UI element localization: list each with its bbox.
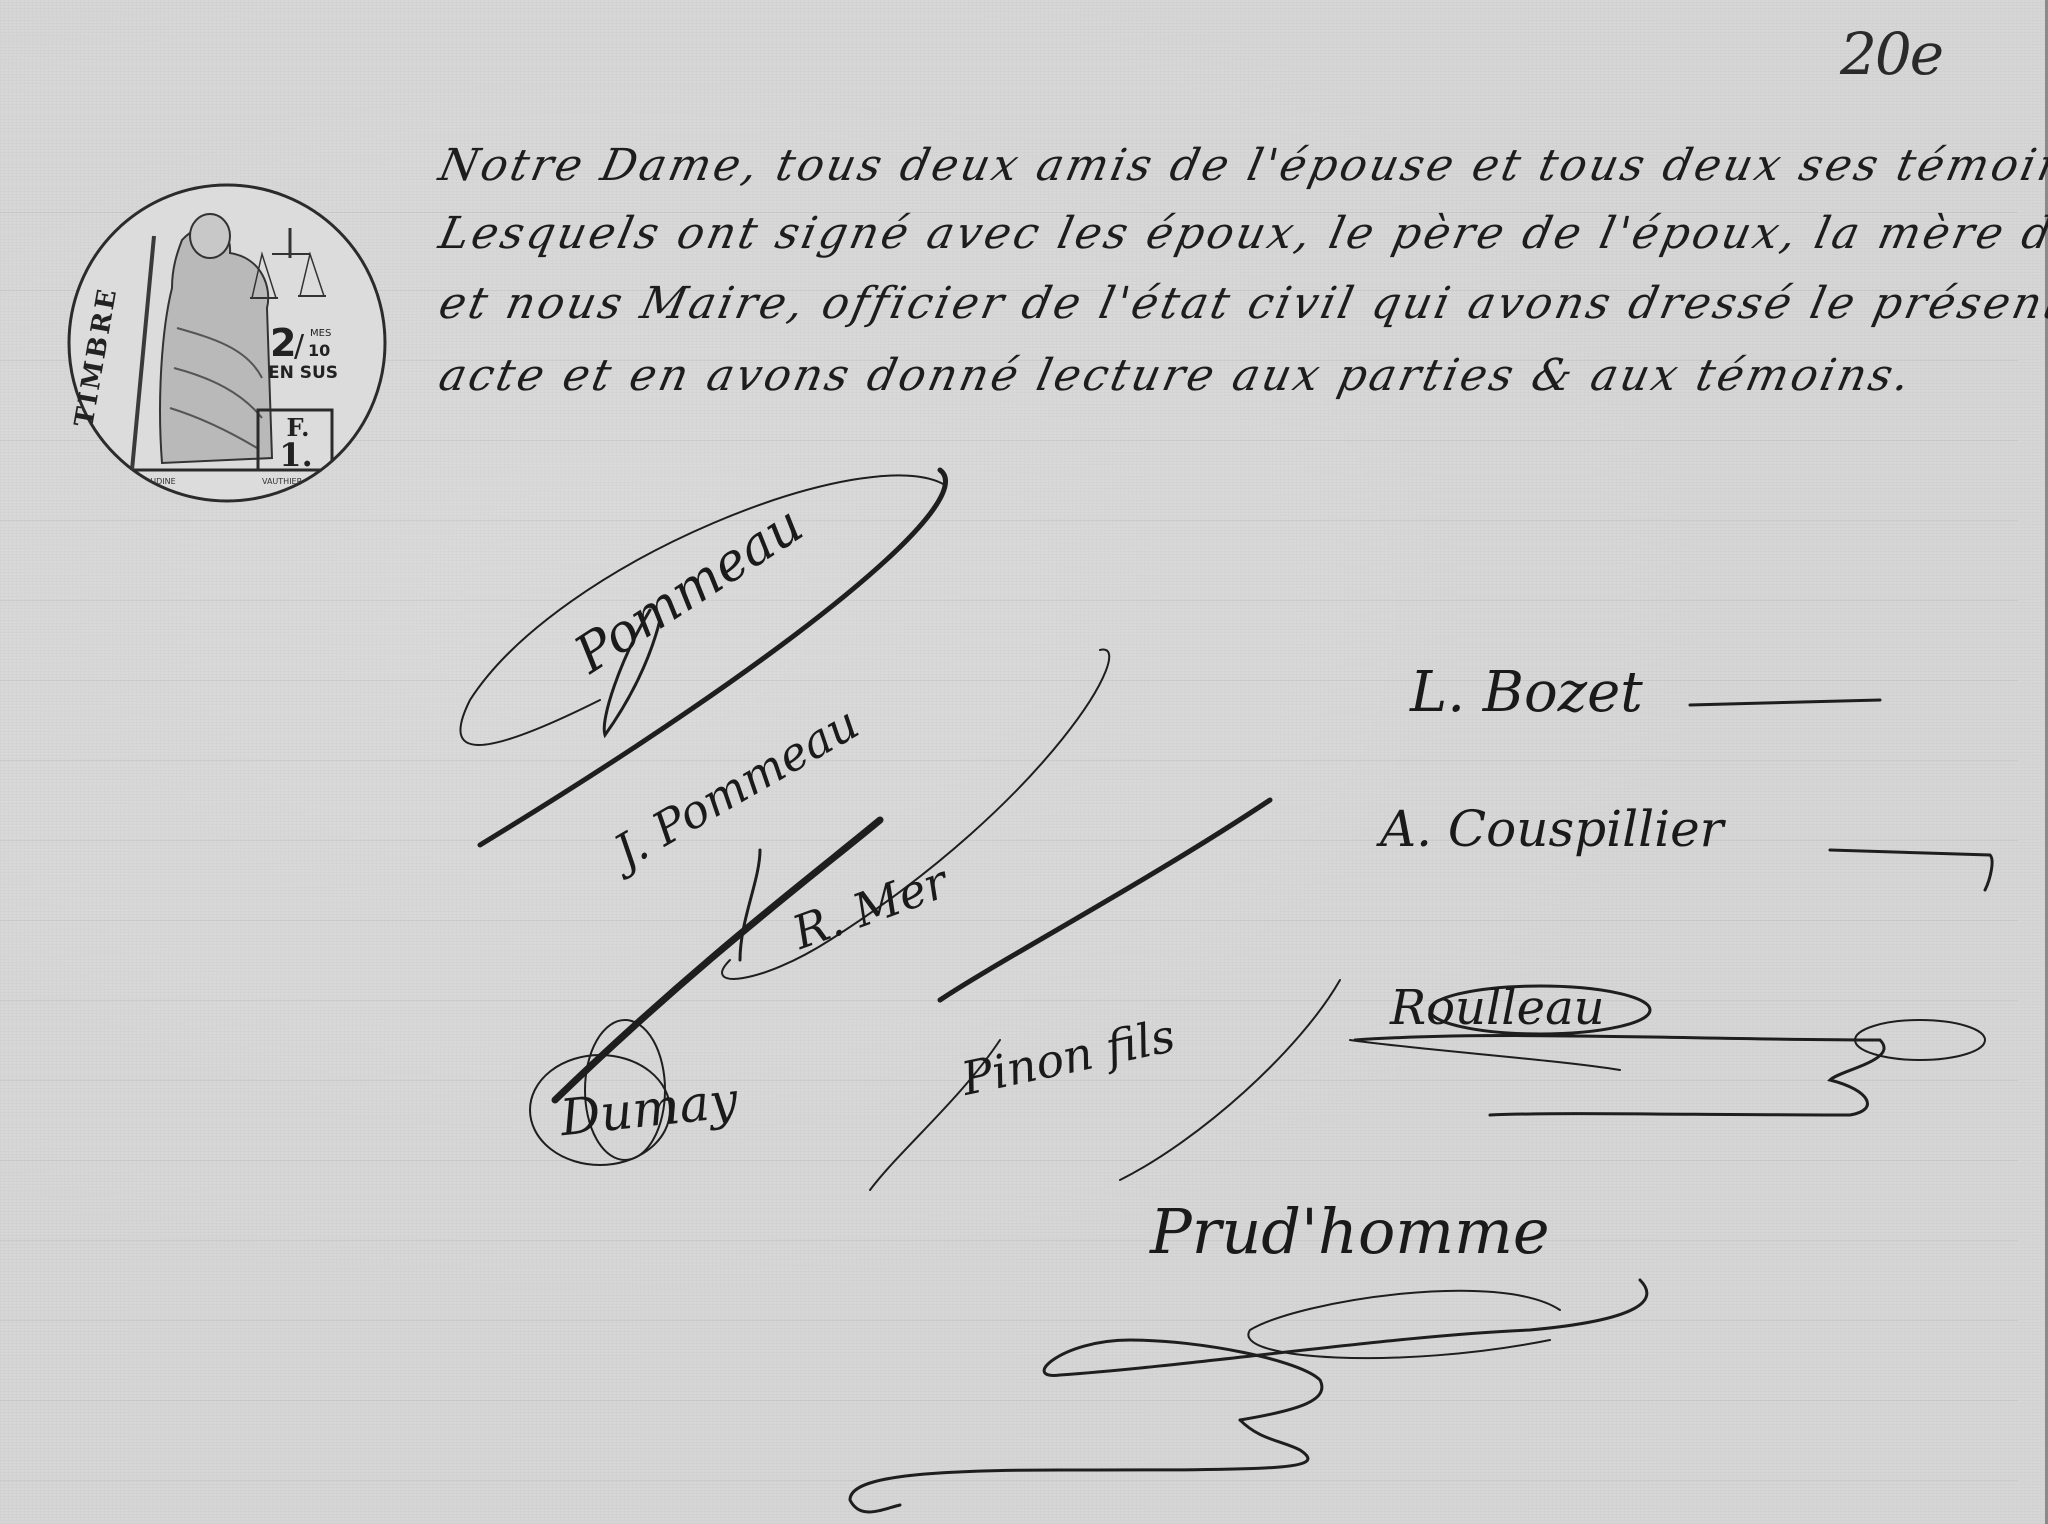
signature-bozet: L. Bozet (1410, 660, 1643, 725)
signatures-flourishes (0, 0, 2048, 1524)
signature-roulleau: Roulleau (1390, 980, 1605, 1036)
document-page: 20e Notre Dame, tous deux amis de l'épou… (0, 0, 2048, 1524)
signature-couspillier: A. Couspillier (1380, 800, 1724, 858)
signature-prudhomme: Prud'homme (1150, 1195, 1550, 1268)
